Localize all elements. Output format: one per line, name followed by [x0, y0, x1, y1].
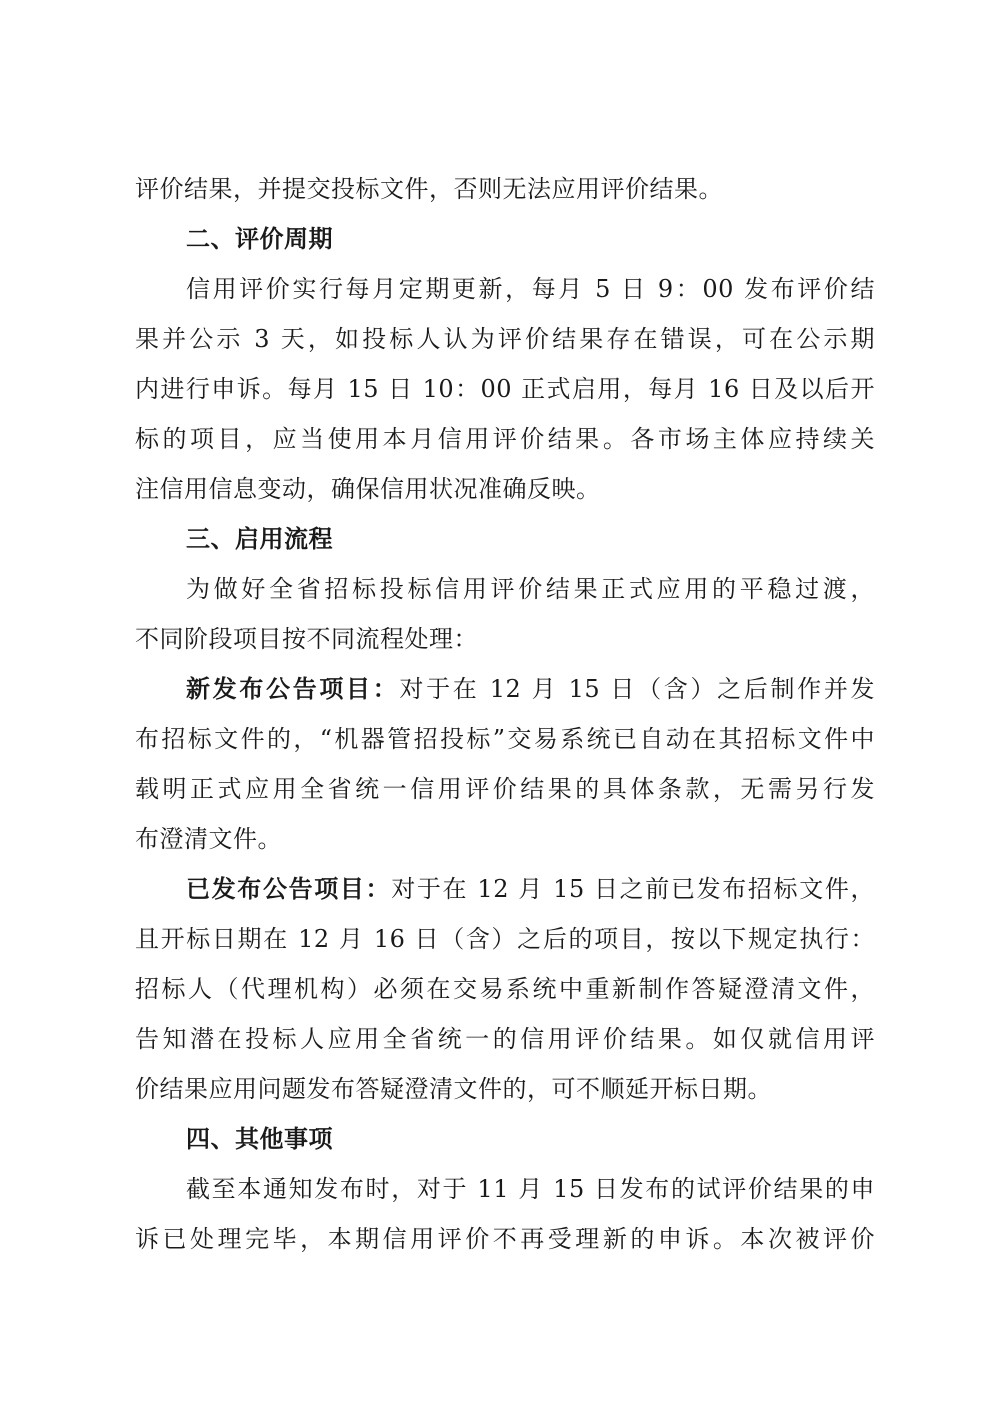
paragraph-line: 布招标文件的，“机器管招投标”交易系统已自动在其招标文件中	[135, 714, 875, 764]
paragraph-line: 载明正式应用全省统一信用评价结果的具体条款，无需另行发	[135, 764, 875, 814]
paragraph-line: 果并公示 3 天，如投标人认为评价结果存在错误，可在公示期	[135, 314, 875, 364]
paragraph-line: 为做好全省招标投标信用评价结果正式应用的平稳过渡，	[186, 564, 875, 614]
item-lead: 新发布公告项目：	[186, 674, 399, 703]
paragraph-line: 内进行申诉。每月 15 日 10：00 正式启用，每月 16 日及以后开	[135, 364, 875, 414]
paragraph-line: 评价结果，并提交投标文件，否则无法应用评价结果。	[135, 164, 875, 214]
item-first-line: 新发布公告项目：对于在 12 月 15 日（含）之后制作并发	[186, 664, 875, 714]
paragraph-line: 价结果应用问题发布答疑澄清文件的，可不顺延开标日期。	[135, 1064, 875, 1114]
paragraph-line: 招标人（代理机构）必须在交易系统中重新制作答疑澄清文件，	[135, 964, 875, 1014]
paragraph-line: 告知潜在投标人应用全省统一的信用评价结果。如仅就信用评	[135, 1014, 875, 1064]
section-heading: 二、评价周期	[186, 214, 875, 264]
item-text: 对于在 12 月 15 日（含）之后制作并发	[399, 675, 875, 703]
item-lead: 已发布公告项目：	[186, 874, 391, 903]
section-heading: 三、启用流程	[186, 514, 875, 564]
paragraph-line: 标的项目，应当使用本月信用评价结果。各市场主体应持续关	[135, 414, 875, 464]
paragraph-line: 注信用信息变动，确保信用状况准确反映。	[135, 464, 875, 514]
paragraph-line: 布澄清文件。	[135, 814, 875, 864]
document-page: 评价结果，并提交投标文件，否则无法应用评价结果。 二、评价周期 信用评价实行每月…	[0, 0, 1000, 1414]
section-heading: 四、其他事项	[186, 1114, 875, 1164]
item-text: 对于在 12 月 15 日之前已发布招标文件，	[391, 875, 875, 903]
paragraph-line: 诉已处理完毕，本期信用评价不再受理新的申诉。本次被评价	[135, 1214, 875, 1264]
paragraph-line: 不同阶段项目按不同流程处理：	[135, 614, 875, 664]
paragraph-line: 信用评价实行每月定期更新，每月 5 日 9：00 发布评价结	[186, 264, 875, 314]
paragraph-line: 截至本通知发布时，对于 11 月 15 日发布的试评价结果的申	[186, 1164, 875, 1214]
paragraph-line: 且开标日期在 12 月 16 日（含）之后的项目，按以下规定执行：	[135, 914, 875, 964]
item-first-line: 已发布公告项目：对于在 12 月 15 日之前已发布招标文件，	[186, 864, 875, 914]
